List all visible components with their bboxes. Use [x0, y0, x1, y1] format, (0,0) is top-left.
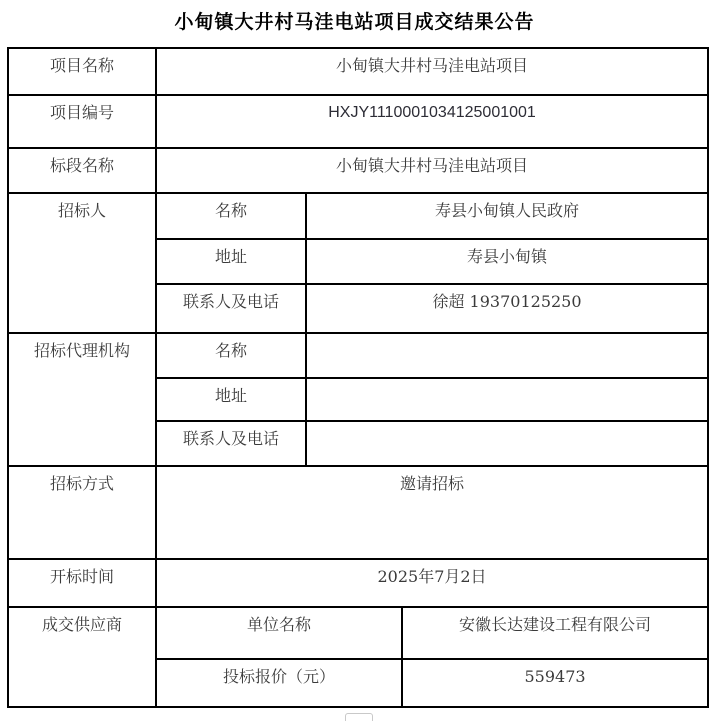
- supplier-price-label: 投标报价（元）: [156, 659, 402, 707]
- row-agency-name: 招标代理机构 名称: [8, 333, 708, 378]
- tenderer-address-value: 寿县小甸镇: [306, 239, 708, 284]
- section-name-label: 标段名称: [8, 148, 156, 193]
- agency-name-value: [306, 333, 708, 378]
- tenderer-name-value: 寿县小甸镇人民政府: [306, 193, 708, 239]
- section-name-value: 小甸镇大井村马洼电站项目: [156, 148, 708, 193]
- agency-name-label: 名称: [156, 333, 306, 378]
- row-supplier-name: 成交供应商 单位名称 安徽长达建设工程有限公司: [8, 607, 708, 659]
- announcement-table: 项目名称 小甸镇大井村马洼电站项目 项目编号 HXJY1110001034125…: [7, 47, 709, 708]
- project-number-value: HXJY1110001034125001001: [156, 95, 708, 148]
- supplier-name-value: 安徽长达建设工程有限公司: [402, 607, 708, 659]
- bottom-handle-artifact: [345, 713, 373, 721]
- project-name-value: 小甸镇大井村马洼电站项目: [156, 48, 708, 95]
- agency-address-value: [306, 378, 708, 421]
- agency-contact-label: 联系人及电话: [156, 421, 306, 466]
- bid-opening-time-value: 2025年7月2日: [156, 559, 708, 607]
- tenderer-address-label: 地址: [156, 239, 306, 284]
- supplier-price-value: 559473: [402, 659, 708, 707]
- tenderer-name-label: 名称: [156, 193, 306, 239]
- row-tenderer-name: 招标人 名称 寿县小甸镇人民政府: [8, 193, 708, 239]
- supplier-name-label: 单位名称: [156, 607, 402, 659]
- project-number-label: 项目编号: [8, 95, 156, 148]
- project-name-label: 项目名称: [8, 48, 156, 95]
- tenderer-contact-value: 徐超 19370125250: [306, 284, 708, 333]
- tender-method-value: 邀请招标: [156, 466, 708, 559]
- row-project-name: 项目名称 小甸镇大井村马洼电站项目: [8, 48, 708, 95]
- agency-label: 招标代理机构: [8, 333, 156, 466]
- row-tender-method: 招标方式 邀请招标: [8, 466, 708, 559]
- row-project-number: 项目编号 HXJY1110001034125001001: [8, 95, 708, 148]
- page-title: 小甸镇大井村马洼电站项目成交结果公告: [0, 7, 709, 34]
- agency-address-label: 地址: [156, 378, 306, 421]
- row-bid-opening-time: 开标时间 2025年7月2日: [8, 559, 708, 607]
- tenderer-label: 招标人: [8, 193, 156, 333]
- tender-method-label: 招标方式: [8, 466, 156, 559]
- supplier-label: 成交供应商: [8, 607, 156, 707]
- agency-contact-value: [306, 421, 708, 466]
- bid-opening-time-label: 开标时间: [8, 559, 156, 607]
- row-section-name: 标段名称 小甸镇大井村马洼电站项目: [8, 148, 708, 193]
- tenderer-contact-label: 联系人及电话: [156, 284, 306, 333]
